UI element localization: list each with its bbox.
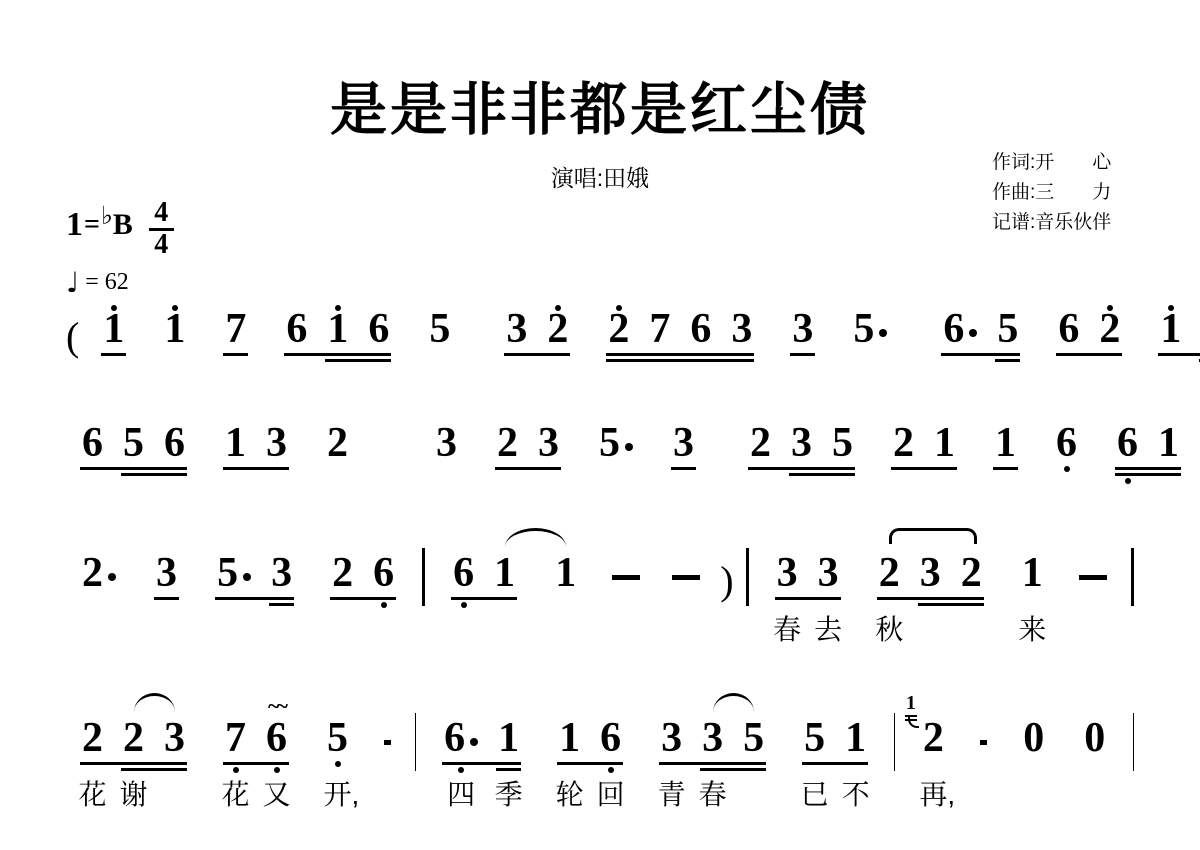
lyric-syllable: 秋 — [875, 608, 903, 648]
note: 6 — [1117, 422, 1138, 464]
barline — [415, 713, 416, 771]
note-group: 1 — [545, 552, 586, 594]
beam-line — [223, 467, 289, 470]
notation-row: (117616532276335656216535 — [62, 300, 1142, 350]
note-number: 3 — [731, 308, 752, 350]
note: 7 — [225, 308, 246, 350]
note-number: 3 — [266, 422, 287, 464]
note-number: 3 — [792, 308, 813, 350]
note-group: 5 — [843, 308, 897, 350]
beam-line — [775, 597, 841, 600]
beam-line — [659, 762, 766, 765]
note: 6 — [943, 308, 977, 350]
key-signature-block: 1 = ♭ B 4 4 ♩ = 62 — [66, 192, 174, 299]
note-group: 21 — [913, 717, 954, 759]
octave-dot-low — [461, 602, 467, 608]
lyric-syllable: 春 — [773, 608, 801, 648]
octave-dot-low — [381, 602, 387, 608]
notation-row: 235326611)332321 — [62, 544, 1142, 594]
note-group: 5 — [317, 717, 358, 759]
note-group: 223 — [72, 717, 195, 759]
note: 5 — [217, 552, 251, 594]
note: 3 — [661, 717, 682, 759]
key-name: B — [113, 208, 133, 242]
beam-line — [557, 762, 623, 765]
beam-line — [671, 467, 696, 470]
note-group: 21 — [883, 422, 965, 464]
note: 1 — [164, 308, 185, 350]
beam-line — [941, 353, 1020, 356]
note: 1 — [1160, 308, 1181, 350]
note-group: 165 — [1150, 308, 1200, 350]
note: 5 — [997, 308, 1018, 350]
slur-bracket — [889, 528, 977, 544]
equals-sign: = — [84, 209, 100, 241]
note: 2 — [82, 552, 116, 594]
beam-line — [223, 762, 289, 765]
note: 3 — [792, 308, 813, 350]
beam-line — [606, 353, 754, 356]
octave-dot-high — [1107, 305, 1113, 311]
note: 6 — [82, 422, 103, 464]
note: 3 — [164, 717, 185, 759]
note-number: 2 — [923, 717, 944, 759]
beam-line — [606, 359, 754, 362]
note: 3 — [920, 552, 941, 594]
note: 5 — [599, 422, 633, 464]
beam-line — [995, 359, 1020, 362]
beam-line — [451, 597, 517, 600]
note: 1 — [995, 422, 1016, 464]
note: 5 — [327, 717, 348, 759]
note-number: 5 — [832, 422, 853, 464]
beam-line — [891, 467, 957, 470]
lyric-syllable: 开, — [324, 773, 360, 813]
credit-transcriber: 记谱:音乐伙伴 — [992, 208, 1111, 238]
note: 6~~ — [266, 717, 287, 759]
note: 6 — [1058, 308, 1079, 350]
octave-dot-high — [172, 305, 178, 311]
note: 2 — [1099, 308, 1120, 350]
note-number: 3 — [271, 552, 292, 594]
beam-line — [802, 762, 868, 765]
note: 6 — [444, 717, 478, 759]
beam-line — [790, 353, 815, 356]
note-group: 0 — [1013, 717, 1054, 759]
lyric-syllable: 回 — [597, 773, 625, 813]
note-number: 3 — [702, 717, 723, 759]
notation-line-4: 22376~~56116335512100花谢花又开,四季轮回青春已不再, — [62, 709, 1142, 821]
barline — [894, 713, 895, 771]
mordent-icon: ~~ — [268, 695, 285, 717]
octave-dot-low — [1125, 478, 1131, 484]
note-number: 2 — [547, 308, 568, 350]
note: 2 — [893, 422, 914, 464]
octave-dot-high — [111, 305, 117, 311]
note-number: 2 — [1099, 308, 1120, 350]
note-group: 1 — [93, 308, 134, 350]
note-number: 5 — [853, 308, 874, 350]
notation-line-3: 235326611)332321春去秋来 — [62, 544, 1142, 656]
note-group: 53 — [207, 552, 302, 594]
note: 2 — [547, 308, 568, 350]
beam-line — [101, 353, 126, 356]
notation-line-2: 65613232353235211661 — [62, 414, 1142, 526]
sustain-dash — [980, 740, 987, 745]
augmentation-dot — [969, 329, 977, 337]
note: 3 — [673, 422, 694, 464]
note-number: 2 — [123, 717, 144, 759]
lyric-syllable: 再, — [919, 773, 955, 813]
note-number: 2 — [497, 422, 518, 464]
note-number: 6 — [600, 717, 621, 759]
note: 3 — [266, 422, 287, 464]
note-number: 1 — [498, 717, 519, 759]
note: 6 — [164, 422, 185, 464]
lyric-syllable: 已 — [801, 773, 829, 813]
beam-line — [496, 768, 521, 771]
note-number: 5 — [429, 308, 450, 350]
note: 2 — [123, 717, 144, 759]
grace-note-wrap: 1 — [906, 693, 916, 714]
beam-line — [325, 359, 391, 362]
note-number: 3 — [818, 552, 839, 594]
note-number: 0 — [1023, 717, 1044, 759]
octave-dot-low — [335, 761, 341, 767]
lyric-syllable: 春 — [699, 773, 727, 813]
note-number: 2 — [750, 422, 771, 464]
note: 6 — [690, 308, 711, 350]
octave-dot-high — [1168, 305, 1174, 311]
note-number: 5 — [599, 422, 620, 464]
note-group: 616 — [276, 308, 399, 350]
note-number: 3 — [661, 717, 682, 759]
note: 1 — [327, 308, 348, 350]
note: 3 — [777, 552, 798, 594]
note: 1 — [845, 717, 866, 759]
beam-line — [442, 762, 521, 765]
note: 5 — [123, 422, 144, 464]
note: 6 — [286, 308, 307, 350]
grace-note: 1 — [906, 693, 916, 714]
beam-line — [80, 762, 187, 765]
note-number: 2 — [608, 308, 629, 350]
note-number: 3 — [777, 552, 798, 594]
note: 1 — [494, 552, 515, 594]
note-number: 5 — [804, 717, 825, 759]
key-signature: 1 = ♭ B 4 4 — [66, 192, 174, 258]
lyric-syllable: 又 — [263, 773, 291, 813]
note-group: 3 — [146, 552, 187, 594]
note-number: 6 — [453, 552, 474, 594]
note-number: 2 — [879, 552, 900, 594]
note: 6 — [453, 552, 474, 594]
note-number: 2 — [332, 552, 353, 594]
augmentation-dot — [625, 443, 633, 451]
augmentation-dot — [108, 573, 116, 581]
beam-line — [700, 768, 766, 771]
beam-line — [495, 467, 561, 470]
beam-line — [789, 473, 855, 476]
note-number: 6 — [943, 308, 964, 350]
note-group: 13 — [215, 422, 297, 464]
note-group: 65 — [933, 308, 1028, 350]
beam-line — [877, 597, 984, 600]
note-group: 33 — [767, 552, 849, 594]
octave-dot-high — [555, 305, 561, 311]
note-group: 0 — [1074, 717, 1115, 759]
beam-line — [1115, 473, 1181, 476]
note-group: 1 — [1012, 552, 1053, 594]
note-group: 5 — [589, 422, 643, 464]
note-group: 32 — [496, 308, 578, 350]
lyric-syllable: 四 — [447, 773, 475, 813]
note: 1 — [498, 717, 519, 759]
note-group: 2 — [72, 552, 126, 594]
notation-line-1: (117616532276335656216535 — [62, 300, 1142, 412]
augmentation-dot — [879, 329, 887, 337]
note-number: 6 — [82, 422, 103, 464]
note: 2 — [82, 717, 103, 759]
beam-line — [121, 473, 187, 476]
lyric-syllable: 去 — [814, 608, 842, 648]
note-number: 3 — [436, 422, 457, 464]
note-group: 6 — [1046, 422, 1087, 464]
lyric-syllable: 不 — [842, 773, 870, 813]
sustain-dash — [1079, 575, 1107, 580]
note-number: 5 — [217, 552, 238, 594]
barline — [1131, 548, 1134, 606]
time-signature: 4 4 — [149, 200, 174, 258]
note-number: 7 — [649, 308, 670, 350]
slur-arc — [505, 528, 566, 547]
note-number: 7 — [225, 717, 246, 759]
note: 2 — [497, 422, 518, 464]
note: 1 — [225, 422, 246, 464]
note-number: 3 — [791, 422, 812, 464]
note: 6 — [600, 717, 621, 759]
note-group: 23 — [487, 422, 569, 464]
note-number: 2 — [327, 422, 348, 464]
note-number: 5 — [123, 422, 144, 464]
beam-line — [748, 467, 855, 470]
note: 5 — [832, 422, 853, 464]
beam-line — [918, 603, 984, 606]
note-number: 7 — [225, 308, 246, 350]
note-group: 26 — [322, 552, 404, 594]
lyric-syllable: 季 — [495, 773, 523, 813]
lyric-syllable: 来 — [1018, 608, 1046, 648]
lyric-syllable: 花 — [79, 773, 107, 813]
note: 1 — [1022, 552, 1043, 594]
credit-composer: 作曲:三 力 — [992, 178, 1111, 208]
time-signature-numerator: 4 — [154, 200, 168, 227]
sustain-dash — [612, 575, 640, 580]
note: 7 — [649, 308, 670, 350]
note-group: 3 — [663, 422, 704, 464]
note-group: 3 — [782, 308, 823, 350]
credits: 作词:开 心 作曲:三 力 记谱:音乐伙伴 — [992, 148, 1111, 238]
note: 3 — [538, 422, 559, 464]
note: 1 — [555, 552, 576, 594]
note-number: 1 — [1160, 308, 1181, 350]
beam-line — [993, 467, 1018, 470]
note: 3 — [818, 552, 839, 594]
note-number: 5 — [743, 717, 764, 759]
note-number: 3 — [920, 552, 941, 594]
octave-dot-high — [616, 305, 622, 311]
grace-hook-icon — [908, 715, 919, 728]
barline — [746, 548, 749, 606]
note: 3 — [702, 717, 723, 759]
credit-lyricist: 作词:开 心 — [992, 148, 1111, 178]
note: 5 — [429, 308, 450, 350]
note: 2 — [327, 422, 348, 464]
note-number: 1 — [103, 308, 124, 350]
note: 1 — [103, 308, 124, 350]
note-number: 3 — [673, 422, 694, 464]
lyric-syllable: 谢 — [120, 773, 148, 813]
note: 6 — [1056, 422, 1077, 464]
note-group: 5 — [419, 308, 460, 350]
note-group: 76~~ — [215, 717, 297, 759]
tempo: ♩ = 62 — [66, 266, 174, 299]
sheet-music-page: 是是非非都是红尘债 演唱:田娥 作词:开 心 作曲:三 力 记谱:音乐伙伴 1 … — [0, 0, 1200, 850]
note: 6 — [373, 552, 394, 594]
note: 3 — [506, 308, 527, 350]
note-number: 2 — [961, 552, 982, 594]
note: 2 — [332, 552, 353, 594]
octave-dot-low — [1064, 466, 1070, 472]
note-number: 5 — [327, 717, 348, 759]
note: 5 — [743, 717, 764, 759]
slur-arc — [713, 693, 754, 712]
note: 5 — [853, 308, 887, 350]
augmentation-dot — [470, 738, 478, 746]
note-number: 3 — [156, 552, 177, 594]
note: 3 — [436, 422, 457, 464]
beam-line — [121, 768, 187, 771]
note-number: 5 — [997, 308, 1018, 350]
note-number: 1 — [164, 308, 185, 350]
note-number: 2 — [82, 552, 103, 594]
barline — [1133, 713, 1134, 771]
grace-note-number: 1 — [906, 692, 916, 714]
lyric-syllable: 青 — [658, 773, 686, 813]
note: 3 — [731, 308, 752, 350]
parenthesis-close: ) — [720, 561, 733, 601]
note-number: 6 — [690, 308, 711, 350]
note: 3 — [271, 552, 292, 594]
note-group: 1 — [985, 422, 1026, 464]
lyric-syllable: 轮 — [556, 773, 584, 813]
note: 1 — [934, 422, 955, 464]
note-number: 6 — [368, 308, 389, 350]
note-group: 235 — [740, 422, 863, 464]
barline — [422, 548, 425, 606]
beam-line — [1056, 353, 1122, 356]
note: 1 — [1158, 422, 1179, 464]
note: 0 — [1023, 717, 1044, 759]
parenthesis-open: ( — [66, 317, 79, 357]
beam-line — [154, 597, 179, 600]
note-number: 6 — [373, 552, 394, 594]
song-title: 是是非非都是红尘债 — [0, 78, 1200, 144]
note-number: 1 — [995, 422, 1016, 464]
note-group: 61 — [443, 552, 525, 594]
note-number: 6 — [1058, 308, 1079, 350]
beam-line — [284, 353, 391, 356]
note: 3 — [791, 422, 812, 464]
note-number: 6 — [286, 308, 307, 350]
quarter-note-icon: ♩ — [66, 266, 79, 299]
note: 3 — [156, 552, 177, 594]
note-number: 3 — [506, 308, 527, 350]
notation-row: 65613232353235211661 — [62, 414, 1142, 464]
beam-line — [80, 467, 187, 470]
note-group: 656 — [72, 422, 195, 464]
note-number: 3 — [164, 717, 185, 759]
note-number: 1 — [559, 717, 580, 759]
note-number: 6 — [1117, 422, 1138, 464]
note: 2 — [961, 552, 982, 594]
sustain-dash — [384, 740, 391, 745]
note-number: 1 — [1158, 422, 1179, 464]
note-number: 3 — [538, 422, 559, 464]
note-number: 1 — [934, 422, 955, 464]
note: 0 — [1084, 717, 1105, 759]
note-group: 1 — [154, 308, 195, 350]
note-number: 6 — [444, 717, 465, 759]
note: 21 — [923, 717, 944, 759]
octave-dot-high — [335, 305, 341, 311]
note: 2 — [608, 308, 629, 350]
time-signature-denominator: 4 — [154, 232, 168, 259]
note-group: 16 — [549, 717, 631, 759]
note-number: 0 — [1084, 717, 1105, 759]
note-group: 62 — [1048, 308, 1130, 350]
note: 5 — [804, 717, 825, 759]
slur-arc — [134, 693, 175, 712]
note: 2 — [879, 552, 900, 594]
lyric-syllable: 花 — [222, 773, 250, 813]
beam-line — [215, 597, 294, 600]
note-group: 61 — [434, 717, 529, 759]
note-number: 1 — [494, 552, 515, 594]
note: 6 — [368, 308, 389, 350]
note: 2 — [750, 422, 771, 464]
augmentation-dot — [243, 573, 251, 581]
beam-line — [223, 353, 248, 356]
beam-line — [330, 597, 396, 600]
note-group: 2763 — [598, 308, 762, 350]
note-number: 2 — [893, 422, 914, 464]
note-group: 3 — [426, 422, 467, 464]
beam-line — [1158, 353, 1200, 356]
note-number: 1 — [327, 308, 348, 350]
note-group: 51 — [794, 717, 876, 759]
flat-icon: ♭ — [101, 201, 113, 231]
beam-line — [269, 603, 294, 606]
note-group: 335 — [651, 717, 774, 759]
tempo-value: = 62 — [85, 269, 129, 296]
note-number: 6 — [164, 422, 185, 464]
note-number: 1 — [1022, 552, 1043, 594]
note-number: 1 — [555, 552, 576, 594]
note-group: 61 — [1107, 422, 1189, 464]
sustain-dash — [672, 575, 700, 580]
notation-row: 22376~~56116335512100 — [62, 709, 1142, 759]
